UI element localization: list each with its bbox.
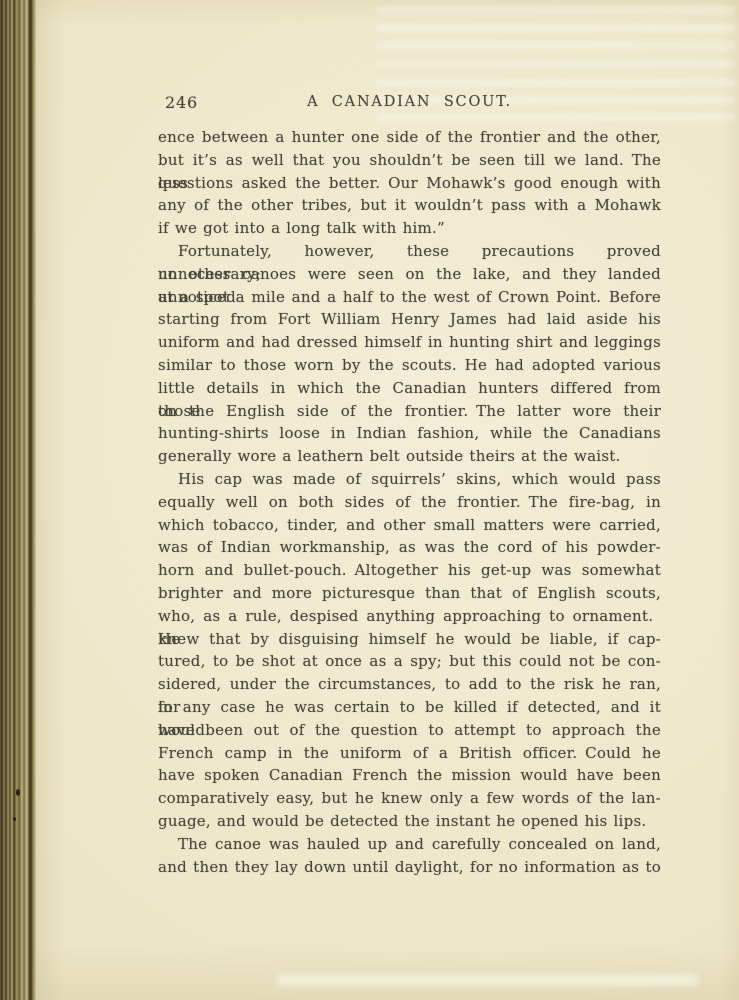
text-line: equally well on both sides of the fronti… — [158, 491, 661, 514]
scanned-book-page-photo: 246 A CANADIAN SCOUT. ence between a hun… — [0, 0, 739, 1000]
text-line: any of the other tribes, but it wouldn’t… — [158, 194, 661, 217]
text-line: French camp in the uniform of a British … — [158, 742, 661, 765]
text-line: which tobacco, tinder, and other small m… — [158, 514, 661, 537]
text-line: have been out of the question to attempt… — [158, 719, 661, 742]
text-line: little details in which the Canadian hun… — [158, 377, 661, 400]
text-line: guage, and would be detected the instant… — [158, 810, 661, 833]
text-line: have spoken Canadian French the mission … — [158, 764, 661, 787]
page-number: 246 — [165, 93, 198, 112]
text-line: The canoe was hauled up and carefully co… — [158, 833, 661, 856]
text-line: and then they lay down until daylight, f… — [158, 856, 661, 879]
text-line: who, as a rule, despised anything approa… — [158, 605, 661, 628]
text-line: Fortunately, however, these precautions … — [158, 240, 661, 263]
text-line: uniform and had dressed himself in hunti… — [158, 331, 661, 354]
text-line: sidered, under the circumstances, to add… — [158, 673, 661, 696]
text-line: on the English side of the frontier. The… — [158, 400, 661, 423]
text-line: hunting-shirts loose in Indian fashion, … — [158, 422, 661, 445]
text-line: brighter and more picturesque than that … — [158, 582, 661, 605]
text-line: was of Indian workmanship, as was the co… — [158, 536, 661, 559]
text-line: similar to those worn by the scouts. He … — [158, 354, 661, 377]
text-line: comparatively easy, but he knew only a f… — [158, 787, 661, 810]
page-header: 246 A CANADIAN SCOUT. — [158, 93, 661, 113]
text-line: if we got into a long talk with him.” — [158, 217, 661, 240]
text-line: horn and bullet-pouch. Altogether his ge… — [158, 559, 661, 582]
text-line: generally wore a leathern belt outside t… — [158, 445, 661, 468]
paper-speck — [13, 817, 16, 821]
paper-speck — [16, 789, 20, 796]
text-line: at a spot a mile and a half to the west … — [158, 286, 661, 309]
text-line: questions asked the better. Our Mohawk’s… — [158, 172, 661, 195]
text-line: knew that by disguising himself he would… — [158, 628, 661, 651]
text-line: tured, to be shot at once as a spy; but … — [158, 650, 661, 673]
running-title: A CANADIAN SCOUT. — [158, 93, 661, 110]
scan-light-streak-bottom — [276, 974, 699, 986]
text-line: starting from Fort William Henry James h… — [158, 308, 661, 331]
text-line: no other canoes were seen on the lake, a… — [158, 263, 661, 286]
text-line: His cap was made of squirrels’ skins, wh… — [158, 468, 661, 491]
text-line: in any case he was certain to be killed … — [158, 696, 661, 719]
text-line: ence between a hunter one side of the fr… — [158, 126, 661, 149]
text-column: ence between a hunter one side of the fr… — [158, 126, 661, 878]
text-line: but it’s as well that you shouldn’t be s… — [158, 149, 661, 172]
